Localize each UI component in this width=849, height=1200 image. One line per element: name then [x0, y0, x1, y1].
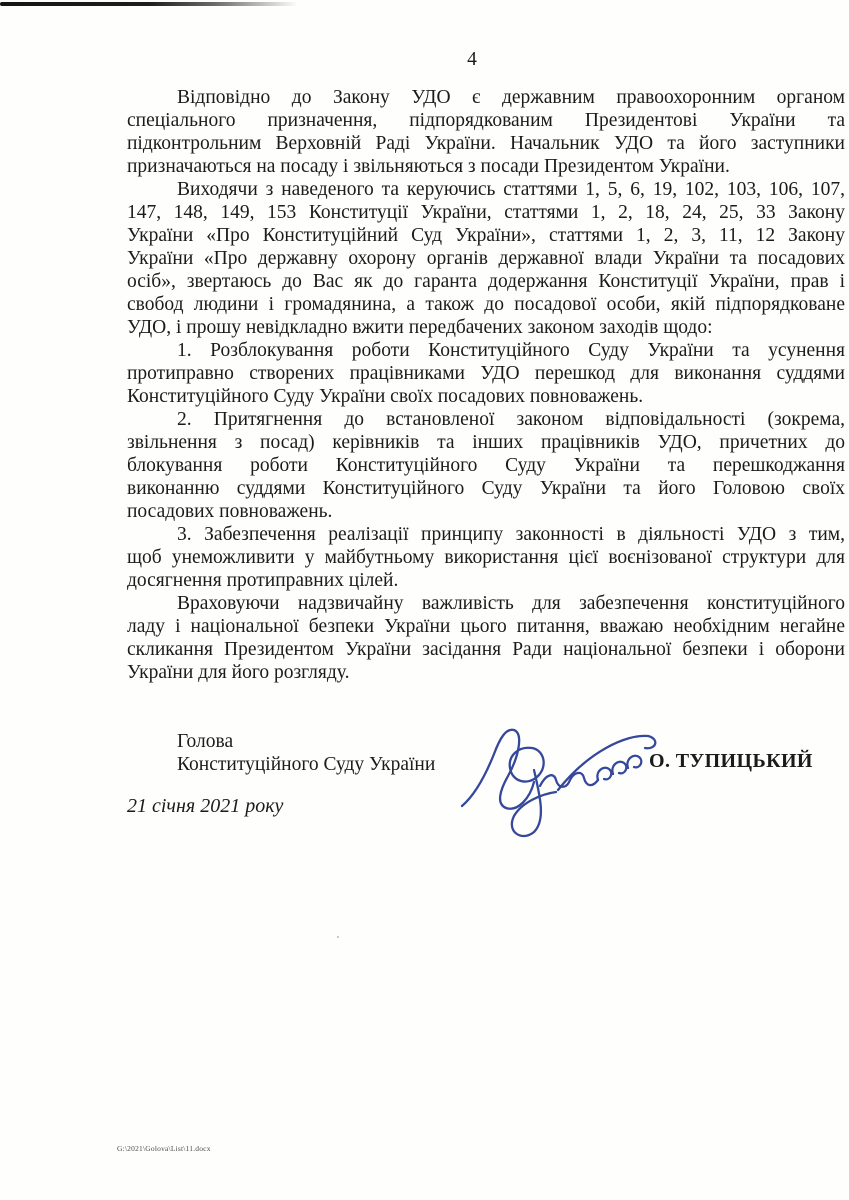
letter-body: Відповідно до Закону УДО є державним пра… — [127, 86, 845, 684]
paragraph-item-3: 3. Забезпечення реалізації принципу зако… — [127, 523, 845, 592]
page-number: 4 — [113, 48, 831, 71]
body-line: щоб унеможливити у майбутньому використа… — [127, 546, 845, 569]
body-line: України для його розгляду. — [127, 661, 845, 684]
paragraph-legal-grounds: Виходячи з наведеного та керуючись статт… — [127, 178, 845, 339]
body-line: Виходячи з наведеного та керуючись статт… — [127, 178, 845, 201]
body-line: Конституційного Суду України своїх посад… — [127, 385, 845, 408]
body-line: блокування роботи Конституційного Суду У… — [127, 454, 845, 477]
body-line: 1. Розблокування роботи Конституційного … — [127, 339, 845, 362]
signature-ink — [428, 710, 668, 845]
body-line: свобод людини і громадянина, а також до … — [127, 293, 845, 316]
signoff-title-line: Конституційного Суду України — [177, 753, 435, 776]
body-line: підконтрольним Верховній Раді України. Н… — [127, 132, 845, 155]
body-line: Враховуючи надзвичайну важливість для за… — [127, 592, 845, 615]
paragraph-item-1: 1. Розблокування роботи Конституційного … — [127, 339, 845, 408]
signoff-title-line: Голова — [177, 730, 435, 753]
letter-date: 21 січня 2021 року — [127, 795, 283, 818]
scan-artifact-line — [0, 2, 298, 6]
body-line: України «Про державну охорону органів де… — [127, 247, 845, 270]
body-line: протиправно створених працівниками УДО п… — [127, 362, 845, 385]
signer-name: О. ТУПИЦЬКИЙ — [649, 750, 813, 773]
body-line: ладу і національної безпеки України цьог… — [127, 615, 845, 638]
body-line: скликання Президентом України засідання … — [127, 638, 845, 661]
dust-speck — [337, 936, 339, 938]
body-line: 2. Притягнення до встановленої законом в… — [127, 408, 845, 431]
body-line: 3. Забезпечення реалізації принципу зако… — [127, 523, 845, 546]
body-line: УДО, і прошу невідкладно вжити передбаче… — [127, 316, 845, 339]
body-line: Відповідно до Закону УДО є державним пра… — [127, 86, 845, 109]
paragraph-item-2: 2. Притягнення до встановленої законом в… — [127, 408, 845, 523]
body-line: осіб», звертаюсь до Вас як до гаранта до… — [127, 270, 845, 293]
body-line: звільнення з посад) керівників та інших … — [127, 431, 845, 454]
scanned-letter-page: 4 Відповідно до Закону УДО є державним п… — [0, 0, 849, 1200]
body-line: 147, 148, 149, 153 Конституції України, … — [127, 201, 845, 224]
body-line: досягнення протиправних цілей. — [127, 569, 845, 592]
paragraph-intro: Відповідно до Закону УДО є державним пра… — [127, 86, 845, 178]
body-line: виконанню суддями Конституційного Суду У… — [127, 477, 845, 500]
paragraph-closing: Враховуючи надзвичайну важливість для за… — [127, 592, 845, 684]
signoff-title: Голова Конституційного Суду України — [177, 730, 435, 776]
body-line: призначаються на посаду і звільняються з… — [127, 155, 845, 178]
body-line: України «Про Конституційний Суд України»… — [127, 224, 845, 247]
footer-file-path: G:\2021\Golova\List\11.docx — [117, 1144, 211, 1153]
body-line: спеціального призначення, підпорядковани… — [127, 109, 845, 132]
body-line: посадових повноважень. — [127, 500, 845, 523]
